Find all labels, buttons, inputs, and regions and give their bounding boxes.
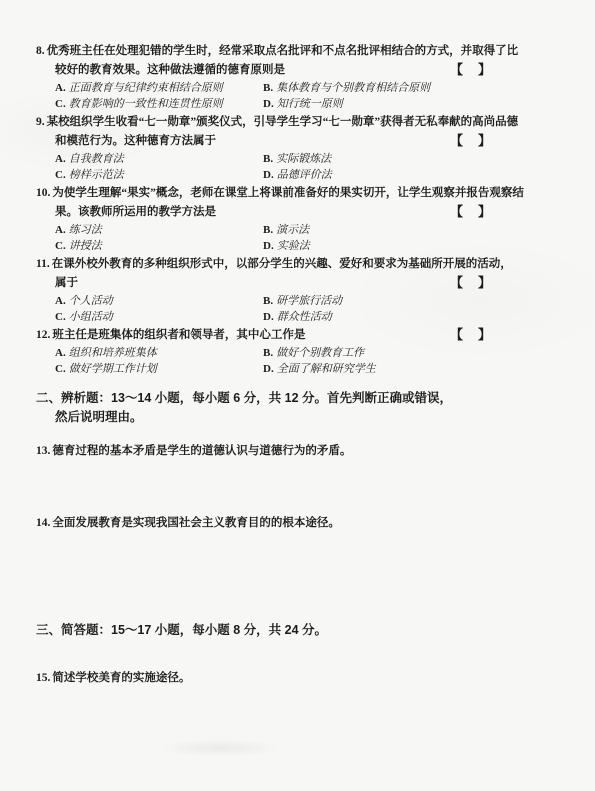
option-text: 品德评价法 — [277, 169, 332, 181]
option-label: D. — [263, 169, 274, 181]
option-a: A.正面教育与纪律约束相结合原则 — [55, 80, 263, 96]
option-text: 演示法 — [276, 224, 309, 236]
option-text: 讲授法 — [69, 240, 102, 252]
option-b: B.集体教育与个别教育相结合原则 — [263, 80, 492, 96]
stem-text: 和模范行为。这种德育方法属于 — [55, 135, 216, 147]
answer-bracket: 【 】 — [450, 60, 492, 79]
option-a: A.组织和培养班集体 — [55, 345, 263, 361]
question-11-stem-line-2: 属于【 】 — [55, 274, 492, 293]
question-13: 13.德育过程的基本矛盾是学生的道德认识与道德行为的矛盾。 — [36, 442, 492, 461]
stem-text: 在课外校外教育的多种组织形式中，以部分学生的兴趣、爱好和要求为基础所开展的活动， — [52, 258, 512, 270]
option-label: D. — [263, 363, 274, 375]
question-10-stem-line-1: 10.为使学生理解“果实”概念，老师在课堂上将课前准备好的果实切开，让学生观察并… — [36, 184, 492, 203]
answer-bracket: 【 】 — [450, 131, 492, 150]
option-label: A. — [55, 347, 66, 359]
question-11: 11.在课外校外教育的多种组织形式中，以部分学生的兴趣、爱好和要求为基础所开展的… — [36, 255, 492, 325]
option-text: 小组活动 — [69, 311, 113, 323]
section-two-line-1: 二、辨析题：13～14 小题，每小题 6 分，共 12 分。首先判断正确或错误， — [36, 389, 492, 408]
question-10-options: A.练习法 B.演示法 C.讲授法 D.实验法 — [55, 222, 492, 254]
stem-text: 班主任是班集体的组织者和领导者，其中心工作是 — [52, 329, 305, 341]
section-heading-discrimination: 二、辨析题：13～14 小题，每小题 6 分，共 12 分。首先判断正确或错误，… — [36, 389, 492, 427]
option-b: B.演示法 — [263, 222, 492, 238]
section-heading-short-answer: 三、简答题：15～17 小题，每小题 8 分，共 24 分。 — [36, 621, 492, 640]
option-d: D.实验法 — [263, 238, 492, 254]
question-8: 8.优秀班主任在处理犯错的学生时，经常采取点名批评和不点名批评相结合的方式，并取… — [36, 42, 492, 112]
question-9-stem-line-1: 9.某校组织学生收看“七一勋章”颁奖仪式，引导学生学习“七一勋章”获得者无私奉献… — [36, 113, 492, 132]
section-two-line-2: 然后说明理由。 — [55, 408, 492, 427]
option-d: D.知行统一原则 — [263, 96, 492, 112]
question-8-stem-line-2: 较好的教育效果。这种做法遵循的德育原则是【 】 — [55, 61, 492, 80]
option-a: A.练习法 — [55, 222, 263, 238]
option-text: 榜样示范法 — [69, 169, 124, 181]
option-label: B. — [263, 224, 273, 236]
question-12-stem-line-1: 12.班主任是班集体的组织者和领导者，其中心工作是【 】 — [36, 326, 492, 345]
option-label: B. — [263, 153, 273, 165]
option-text: 做好学期工作计划 — [69, 363, 157, 375]
question-number: 9. — [36, 116, 45, 128]
option-c: C.做好学期工作计划 — [55, 361, 263, 377]
option-c: C.榜样示范法 — [55, 167, 263, 183]
option-a: A.自我教育法 — [55, 151, 263, 167]
option-label: C. — [55, 311, 66, 323]
question-number: 12. — [36, 329, 50, 341]
option-label: A. — [55, 82, 66, 94]
option-b: B.实际锻炼法 — [263, 151, 492, 167]
option-c: C.讲授法 — [55, 238, 263, 254]
option-label: A. — [55, 295, 66, 307]
option-text: 实际锻炼法 — [276, 153, 331, 165]
option-text: 研学旅行活动 — [276, 295, 342, 307]
option-d: D.全面了解和研究学生 — [263, 361, 492, 377]
option-text: 组织和培养班集体 — [69, 347, 157, 359]
option-label: B. — [263, 347, 273, 359]
stem-text: 简述学校美育的实施途径。 — [52, 672, 190, 684]
option-label: C. — [55, 98, 66, 110]
stem-text: 全面发展教育是实现我国社会主义教育目的的根本途径。 — [52, 517, 340, 529]
option-label: C. — [55, 363, 66, 375]
option-text: 个人活动 — [69, 295, 113, 307]
stem-text: 某校组织学生收看“七一勋章”颁奖仪式，引导学生学习“七一勋章”获得者无私奉献的高… — [47, 116, 519, 128]
question-12: 12.班主任是班集体的组织者和领导者，其中心工作是【 】 A.组织和培养班集体 … — [36, 326, 492, 377]
question-10: 10.为使学生理解“果实”概念，老师在课堂上将课前准备好的果实切开，让学生观察并… — [36, 184, 492, 254]
stem-text: 较好的教育效果。这种做法遵循的德育原则是 — [55, 64, 285, 76]
question-14: 14.全面发展教育是实现我国社会主义教育目的的根本途径。 — [36, 514, 492, 533]
option-d: D.群众性活动 — [263, 309, 492, 325]
option-label: C. — [55, 240, 66, 252]
stem-text: 为使学生理解“果实”概念，老师在课堂上将课前准备好的果实切开，让学生观察并报告观… — [52, 187, 524, 199]
question-9-options: A.自我教育法 B.实际锻炼法 C.榜样示范法 D.品德评价法 — [55, 151, 492, 183]
exam-page: 8.优秀班主任在处理犯错的学生时，经常采取点名批评和不点名批评相结合的方式，并取… — [0, 0, 595, 791]
answer-bracket: 【 】 — [450, 202, 492, 221]
option-label: D. — [263, 311, 274, 323]
option-text: 正面教育与纪律约束相结合原则 — [69, 82, 223, 94]
question-10-stem-line-2: 果。该教师所运用的教学方法是【 】 — [55, 203, 492, 222]
option-label: B. — [263, 295, 273, 307]
option-text: 全面了解和研究学生 — [277, 363, 376, 375]
option-label: B. — [263, 82, 273, 94]
stem-text: 德育过程的基本矛盾是学生的道德认识与道德行为的矛盾。 — [52, 445, 351, 457]
option-label: D. — [263, 98, 274, 110]
section-three-line-1: 三、简答题：15～17 小题，每小题 8 分，共 24 分。 — [36, 621, 492, 640]
option-text: 实验法 — [277, 240, 310, 252]
option-label: A. — [55, 224, 66, 236]
stem-text: 属于 — [55, 277, 78, 289]
question-number: 11. — [36, 258, 50, 270]
option-a: A.个人活动 — [55, 293, 263, 309]
question-11-stem-line-1: 11.在课外校外教育的多种组织形式中，以部分学生的兴趣、爱好和要求为基础所开展的… — [36, 255, 492, 274]
answer-bracket: 【 】 — [450, 273, 492, 292]
stem-text: 优秀班主任在处理犯错的学生时，经常采取点名批评和不点名批评相结合的方式，并取得了… — [47, 45, 519, 57]
question-number: 13. — [36, 445, 50, 457]
answer-bracket: 【 】 — [450, 325, 492, 344]
question-number: 8. — [36, 45, 45, 57]
option-b: B.做好个别教育工作 — [263, 345, 492, 361]
option-text: 教育影响的一致性和连贯性原则 — [69, 98, 223, 110]
option-text: 自我教育法 — [69, 153, 124, 165]
option-text: 群众性活动 — [277, 311, 332, 323]
option-label: A. — [55, 153, 66, 165]
question-number: 10. — [36, 187, 50, 199]
question-number: 14. — [36, 517, 50, 529]
option-c: C.教育影响的一致性和连贯性原则 — [55, 96, 263, 112]
question-12-options: A.组织和培养班集体 B.做好个别教育工作 C.做好学期工作计划 D.全面了解和… — [55, 345, 492, 377]
question-number: 15. — [36, 672, 50, 684]
option-label: C. — [55, 169, 66, 181]
option-c: C.小组活动 — [55, 309, 263, 325]
option-label: D. — [263, 240, 274, 252]
question-15: 15.简述学校美育的实施途径。 — [36, 669, 492, 688]
option-d: D.品德评价法 — [263, 167, 492, 183]
stem-text: 果。该教师所运用的教学方法是 — [55, 206, 216, 218]
question-9-stem-line-2: 和模范行为。这种德育方法属于【 】 — [55, 132, 492, 151]
question-9: 9.某校组织学生收看“七一勋章”颁奖仪式，引导学生学习“七一勋章”获得者无私奉献… — [36, 113, 492, 183]
option-text: 知行统一原则 — [277, 98, 343, 110]
question-8-stem-line-1: 8.优秀班主任在处理犯错的学生时，经常采取点名批评和不点名批评相结合的方式，并取… — [36, 42, 492, 61]
option-b: B.研学旅行活动 — [263, 293, 492, 309]
option-text: 做好个别教育工作 — [276, 347, 364, 359]
question-8-options: A.正面教育与纪律约束相结合原则 B.集体教育与个别教育相结合原则 C.教育影响… — [55, 80, 492, 112]
option-text: 集体教育与个别教育相结合原则 — [276, 82, 430, 94]
option-text: 练习法 — [69, 224, 102, 236]
question-11-options: A.个人活动 B.研学旅行活动 C.小组活动 D.群众性活动 — [55, 293, 492, 325]
